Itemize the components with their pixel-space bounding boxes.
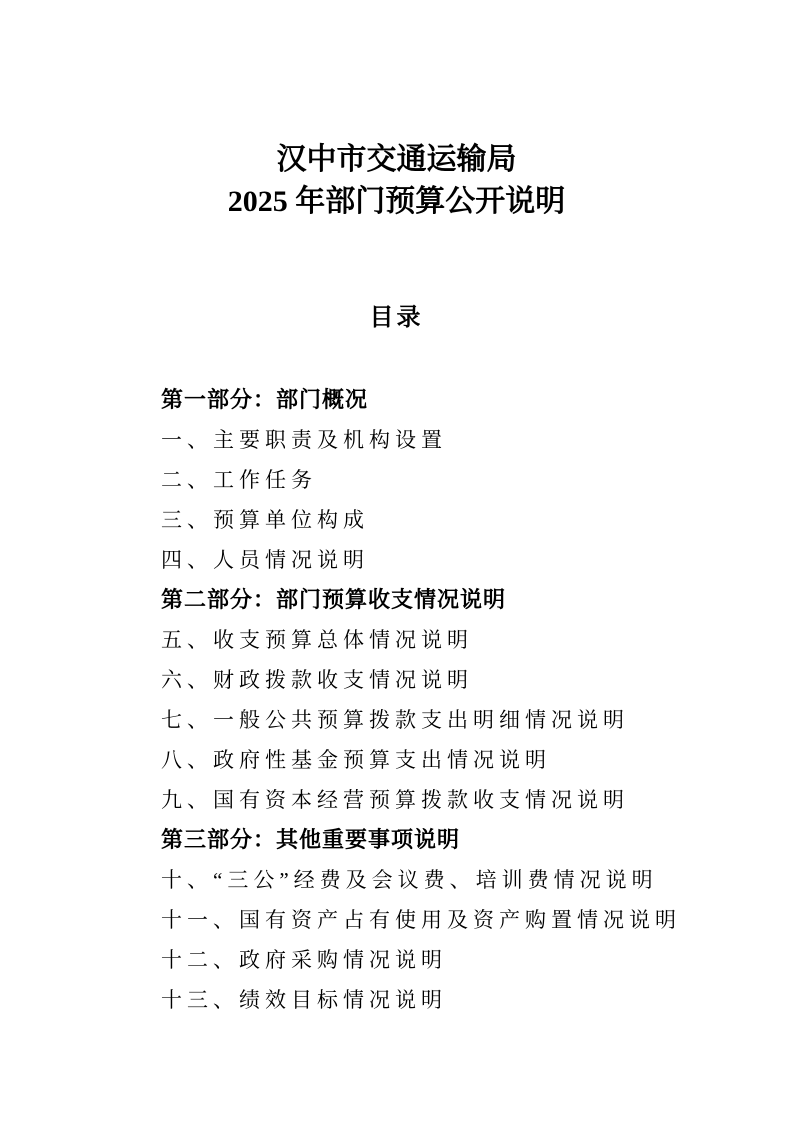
toc-item: 六、财政拨款收支情况说明	[161, 660, 721, 700]
toc-item: 第一部分：部门概况	[161, 380, 721, 420]
toc-item: 七、一般公共预算拨款支出明细情况说明	[161, 700, 721, 740]
toc-item: 第二部分：部门预算收支情况说明	[161, 580, 721, 620]
toc-item: 四、人员情况说明	[161, 540, 721, 580]
toc-heading: 目录	[0, 303, 793, 333]
toc-list: 第一部分：部门概况一、主要职责及机构设置二、工作任务三、预算单位构成四、人员情况…	[161, 380, 721, 1020]
toc-item: 二、工作任务	[161, 460, 721, 500]
document-title-line1: 汉中市交通运输局	[0, 139, 793, 181]
toc-item: 三、预算单位构成	[161, 500, 721, 540]
toc-item: 第三部分：其他重要事项说明	[161, 820, 721, 860]
toc-item: 一、主要职责及机构设置	[161, 420, 721, 460]
document-title: 汉中市交通运输局 2025 年部门预算公开说明	[0, 139, 793, 223]
toc-item: 八、政府性基金预算支出情况说明	[161, 740, 721, 780]
toc-item: 十三、绩效目标情况说明	[161, 980, 721, 1020]
document-title-line2: 2025 年部门预算公开说明	[0, 181, 793, 223]
toc-item: 九、国有资本经营预算拨款收支情况说明	[161, 780, 721, 820]
toc-item: 十、“三公”经费及会议费、培训费情况说明	[161, 860, 721, 900]
document-page: 汉中市交通运输局 2025 年部门预算公开说明 目录 第一部分：部门概况一、主要…	[0, 0, 793, 1122]
toc-item: 五、收支预算总体情况说明	[161, 620, 721, 660]
toc-item: 十一、国有资产占有使用及资产购置情况说明	[161, 900, 721, 940]
toc-item: 十二、政府采购情况说明	[161, 940, 721, 980]
